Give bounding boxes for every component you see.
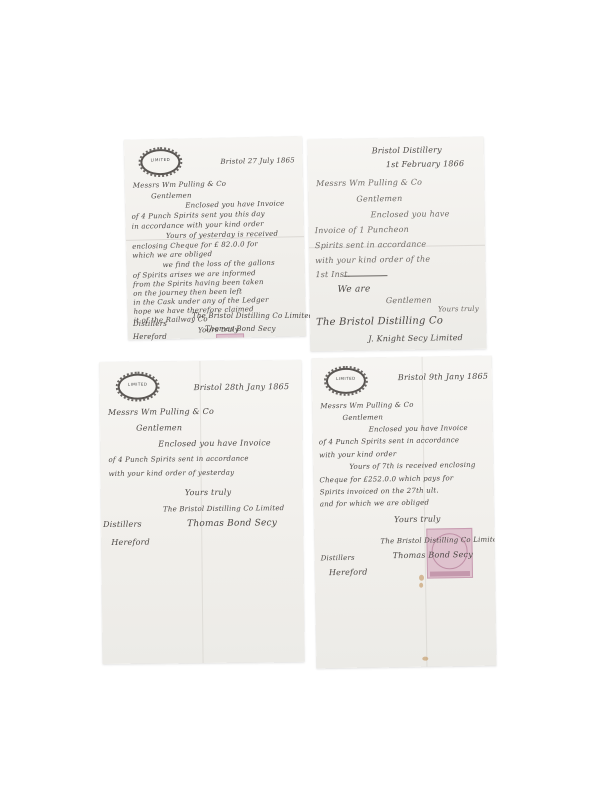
- letter-signature-company: The Bristol Distilling Co Limited: [192, 312, 313, 320]
- letter-left-note: Distillers: [321, 554, 355, 563]
- letter-signature-name: Thomas Bond Secy: [187, 518, 277, 529]
- letter-top-left: LIMITED Bristol 27 July 1865 Messrs Wm P…: [124, 136, 306, 340]
- letter-left-note: Hereford: [111, 538, 150, 547]
- letter-left-note: Distillers: [133, 320, 167, 328]
- letter-body-line: Spirits sent in accordance: [315, 240, 426, 251]
- letter-top-right: Bristol Distillery 1st February 1866 Mes…: [308, 137, 487, 351]
- letter-salutation: Messrs Wm Pulling & Co: [108, 407, 214, 417]
- letter-body-line: with your kind order of the: [315, 255, 430, 266]
- letter-left-note: Hereford: [133, 333, 167, 341]
- company-crest-icon: LIMITED: [326, 368, 366, 395]
- letter-closing: Yours truly: [185, 488, 232, 497]
- company-crest-icon: LIMITED: [140, 149, 181, 176]
- letter-left-note: Distillers: [103, 520, 142, 529]
- letter-signature-company: The Bristol Distilling Co Limited: [380, 535, 496, 545]
- letter-body-line: with your kind order of yesterday: [109, 469, 235, 478]
- revenue-stamp-icon: [216, 333, 245, 339]
- letter-closing: Yours truly: [394, 514, 441, 524]
- letter-salutation: Messrs Wm Pulling & Co: [133, 180, 226, 190]
- foxing-stain: [419, 583, 423, 588]
- letter-body-line: of 4 Punch Spirits sent in accordance: [108, 455, 248, 464]
- letter-body-line: and for which we are obliged: [320, 499, 429, 509]
- letter-signature-company: The Bristol Distilling Co: [316, 315, 443, 328]
- letter-salutation: Messrs Wm Pulling & Co: [320, 401, 413, 410]
- letter-bottom-right: LIMITED Bristol 9th Jany 1865 Messrs Wm …: [312, 356, 497, 669]
- letter-body-line: Enclosed you have Invoice: [158, 438, 271, 448]
- letter-body-line: Enclosed you have: [371, 209, 450, 219]
- letter-signature-company: The Bristol Distilling Co Limited: [163, 504, 284, 513]
- letter-body-line: Yours of yesterday is received: [166, 230, 278, 240]
- letter-body-line: of 4 Punch Spirits sent in accordance: [319, 436, 459, 446]
- company-crest-icon: LIMITED: [118, 373, 158, 399]
- letter-greeting: Gentlemen: [136, 423, 182, 432]
- letter-closing: Gentlemen: [386, 296, 432, 306]
- letter-body-line: Enclosed you have Invoice: [185, 200, 284, 210]
- letter-greeting: Gentlemen: [342, 413, 383, 422]
- letter-body-line: we find the loss of the gallons: [162, 259, 274, 269]
- letter-date-line2: 1st February 1866: [386, 159, 464, 169]
- letter-body-line: of 4 Punch Spirits sent you this day: [131, 210, 264, 221]
- letter-body-line: Cheque for £252.0.0 which pays for: [319, 474, 453, 484]
- letter-salutation: Messrs Wm Pulling & Co: [316, 178, 422, 188]
- letter-body-line: in accordance with your kind order: [132, 220, 264, 231]
- letter-body-line: with your kind order: [319, 450, 396, 459]
- letter-signature-name: Thomas Bond Secy: [393, 550, 473, 560]
- letter-body-line: Spirits invoiced on the 27th ult.: [320, 486, 439, 496]
- letter-signature-name: Thomas Bond Secy: [205, 325, 276, 333]
- letter-bottom-left: LIMITED Bristol 28th Jany 1865 Messrs Wm…: [99, 360, 304, 664]
- letter-greeting: Gentlemen: [356, 194, 402, 204]
- letter-date: Bristol 28th Jany 1865: [194, 382, 290, 392]
- letter-left-note: Hereford: [329, 568, 368, 578]
- letter-greeting: Gentlemen: [151, 191, 192, 200]
- letter-signature-name: J. Knight Secy Limited: [368, 333, 463, 343]
- letter-body-line: enclosing Cheque for £ 82.0.0 for: [132, 240, 258, 251]
- letter-date-line1: Bristol Distillery: [372, 145, 442, 155]
- letter-date: Bristol 9th Jany 1865: [398, 372, 488, 382]
- foxing-stain: [422, 657, 428, 661]
- letter-body-line: from the Spirits having been taken: [133, 278, 264, 289]
- letter-closing: Yours truly: [438, 305, 479, 314]
- letter-body-line: 1st Inst.: [315, 270, 350, 279]
- letter-body-line: which we are obliged: [132, 250, 212, 260]
- letter-body-line: Yours of 7th is received enclosing: [349, 461, 475, 471]
- letter-body-line: Enclosed you have Invoice: [369, 424, 468, 434]
- letter-body-line: Invoice of 1 Puncheon: [315, 225, 409, 235]
- foxing-stain: [419, 575, 424, 581]
- letter-closing: We are: [338, 284, 371, 294]
- photo-scene: LIMITED Bristol 27 July 1865 Messrs Wm P…: [0, 0, 600, 800]
- letter-date: Bristol 27 July 1865: [220, 156, 295, 166]
